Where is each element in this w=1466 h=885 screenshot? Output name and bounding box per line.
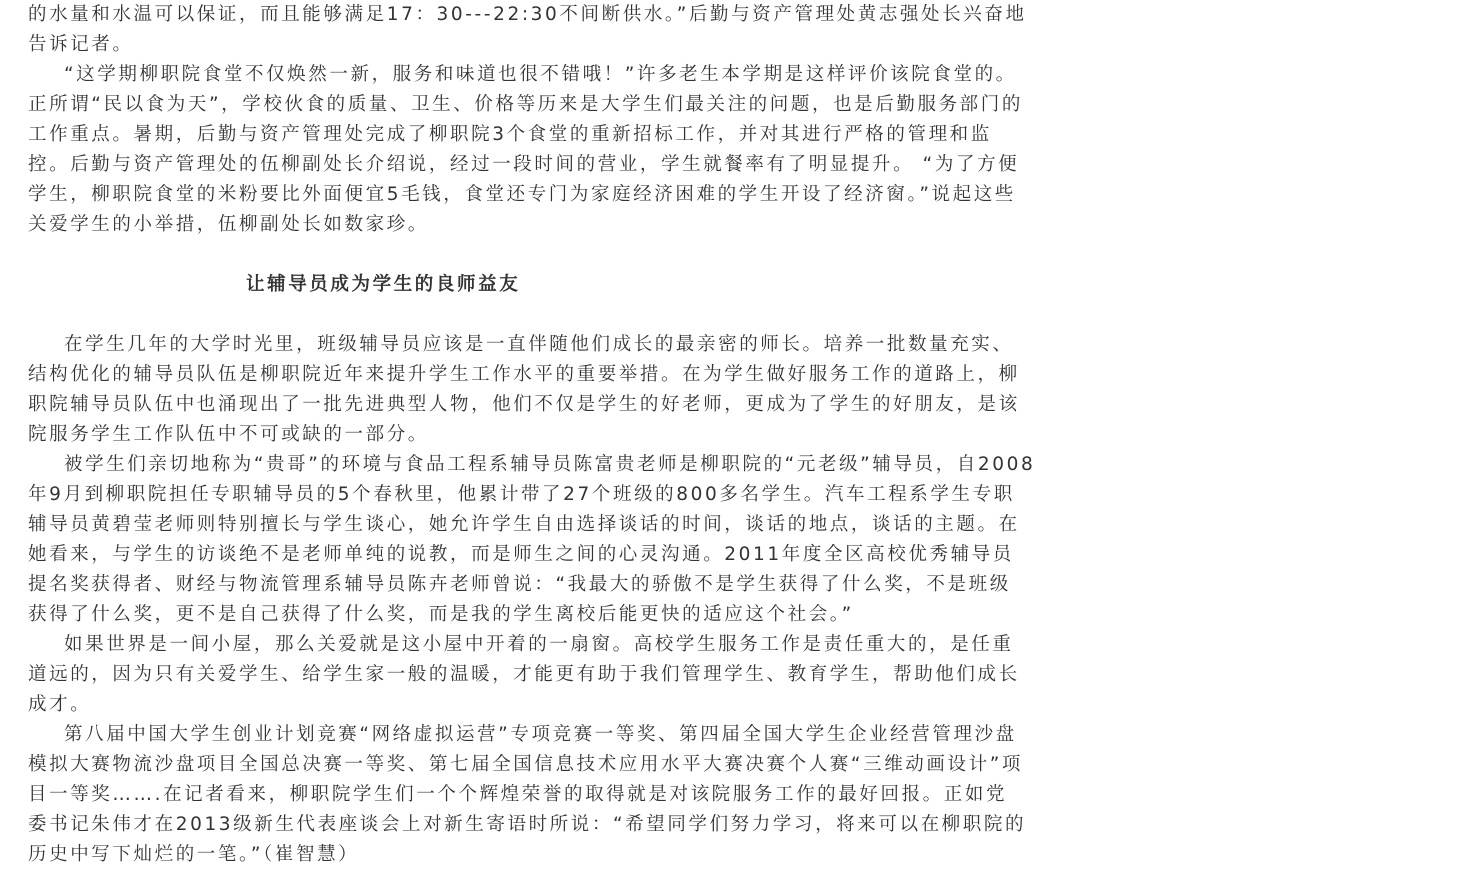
text-line: 正所谓“民以食为天”，学校伙食的质量、卫生、价格等历来是大学生们最关注的问题，也… <box>28 90 1088 120</box>
text-line: 工作重点。暑期，后勤与资产管理处完成了柳职院3个食堂的重新招标工作，并对其进行严… <box>28 120 1088 150</box>
text-line: 辅导员黄碧莹老师则特别擅长与学生谈心，她允许学生自由选择谈话的时间，谈话的地点，… <box>28 510 1088 540</box>
text-line: 学生，柳职院食堂的米粉要比外面便宜5毛钱，食堂还专门为家庭经济困难的学生开设了经… <box>28 180 1088 210</box>
text-line: 年9月到柳职院担任专职辅导员的5个春秋里，他累计带了27个班级的800多名学生。… <box>28 480 1088 510</box>
paragraph-water-supply: 的水量和水温可以保证，而且能够满足17：30---22:30不间断供水。”后勤与… <box>28 0 1088 60</box>
text-line: 如果世界是一间小屋，那么关爱就是这小屋中开着的一扇窗。高校学生服务工作是责任重大… <box>28 630 1088 660</box>
text-line: 被学生们亲切地称为“贵哥”的环境与食品工程系辅导员陈富贵老师是柳职院的“元老级”… <box>28 450 1088 480</box>
text-line: 结构优化的辅导员队伍是柳职院近年来提升学生工作水平的重要举措。在为学生做好服务工… <box>28 360 1088 390</box>
text-line: 的水量和水温可以保证，而且能够满足17：30---22:30不间断供水。”后勤与… <box>28 0 1088 30</box>
text-line: 道远的，因为只有关爱学生、给学生家一般的温暖，才能更有助于我们管理学生、教育学生… <box>28 660 1088 690</box>
blank-line <box>28 240 1088 270</box>
text-line: 院服务学生工作队伍中不可或缺的一部分。 <box>28 420 1088 450</box>
paragraph-awards: 第八届中国大学生创业计划竞赛“网络虚拟运营”专项竞赛一等奖、第四届全国大学生企业… <box>28 720 1088 870</box>
text-line: 历史中写下灿烂的一笔。”（崔智慧） <box>28 840 1088 870</box>
text-line: 第八届中国大学生创业计划竞赛“网络虚拟运营”专项竞赛一等奖、第四届全国大学生企业… <box>28 720 1088 750</box>
text-line: 告诉记者。 <box>28 30 1088 60</box>
text-line: 控。后勤与资产管理处的伍柳副处长介绍说，经过一段时间的营业，学生就餐率有了明显提… <box>28 150 1088 180</box>
blank-line <box>28 300 1088 330</box>
paragraph-canteen: “这学期柳职院食堂不仅焕然一新，服务和味道也很不错哦！”许多老生本学期是这样评价… <box>28 60 1088 240</box>
paragraph-window-metaphor: 如果世界是一间小屋，那么关爱就是这小屋中开着的一扇窗。高校学生服务工作是责任重大… <box>28 630 1088 720</box>
text-line: 获得了什么奖，更不是自己获得了什么奖，而是我的学生离校后能更快的适应这个社会。” <box>28 600 1088 630</box>
text-line: 成才。 <box>28 690 1088 720</box>
paragraph-counselor-examples: 被学生们亲切地称为“贵哥”的环境与食品工程系辅导员陈富贵老师是柳职院的“元老级”… <box>28 450 1088 630</box>
text-line: 关爱学生的小举措，伍柳副处长如数家珍。 <box>28 210 1088 240</box>
paragraph-counselors: 在学生几年的大学时光里，班级辅导员应该是一直伴随他们成长的最亲密的师长。培养一批… <box>28 330 1088 450</box>
text-line: 委书记朱伟才在2013级新生代表座谈会上对新生寄语时所说：“希望同学们努力学习，… <box>28 810 1088 840</box>
text-line: 目一等奖…….在记者看来，柳职院学生们一个个辉煌荣誉的取得就是对该院服务工作的最… <box>28 780 1088 810</box>
text-line: 模拟大赛物流沙盘项目全国总决赛一等奖、第七届全国信息技术应用水平大赛决赛个人赛“… <box>28 750 1088 780</box>
text-line: 她看来，与学生的访谈绝不是老师单纯的说教，而是师生之间的心灵沟通。2011年度全… <box>28 540 1088 570</box>
article-body: 的水量和水温可以保证，而且能够满足17：30---22:30不间断供水。”后勤与… <box>28 0 1088 870</box>
text-line: 提名奖获得者、财经与物流管理系辅导员陈卉老师曾说：“我最大的骄傲不是学生获得了什… <box>28 570 1088 600</box>
text-line: 在学生几年的大学时光里，班级辅导员应该是一直伴随他们成长的最亲密的师长。培养一批… <box>28 330 1088 360</box>
section-heading: 让辅导员成为学生的良师益友 <box>28 270 1088 300</box>
text-line: 职院辅导员队伍中也涌现出了一批先进典型人物，他们不仅是学生的好老师，更成为了学生… <box>28 390 1088 420</box>
text-line: “这学期柳职院食堂不仅焕然一新，服务和味道也很不错哦！”许多老生本学期是这样评价… <box>28 60 1088 90</box>
